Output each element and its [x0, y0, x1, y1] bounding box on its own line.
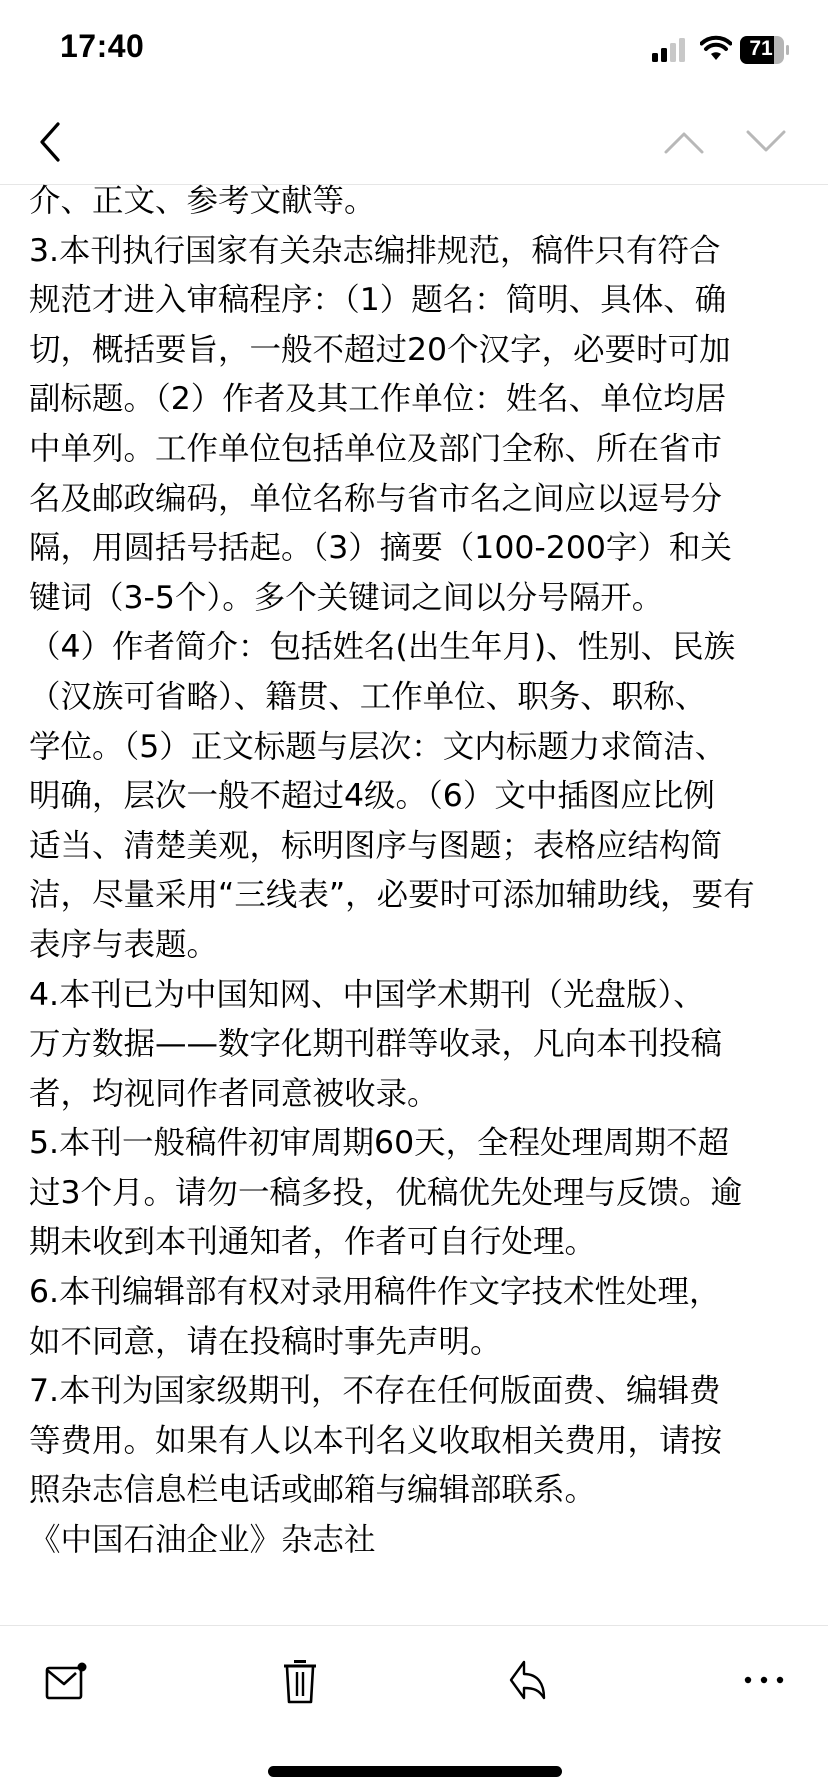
body-line: 隔，用圆括号括起。（3）摘要（100-200字）和关 — [29, 524, 809, 574]
reply-icon[interactable] — [508, 1658, 556, 1706]
body-line: 规范才进入审稿程序：（1）题名：简明、具体、确 — [29, 276, 809, 326]
body-line: 名及邮政编码，单位名称与省市名之间应以逗号分 — [29, 475, 809, 525]
home-indicator[interactable] — [268, 1766, 562, 1777]
bottom-toolbar — [0, 1625, 828, 1736]
body-line: 切，概括要旨，一般不超过20个汉字，必要时可加 — [29, 326, 809, 376]
chevron-left-icon[interactable] — [32, 120, 72, 164]
mark-unread-mail-icon[interactable] — [42, 1658, 90, 1706]
body-line: 如不同意，请在投稿时事先声明。 — [29, 1318, 809, 1368]
battery-percent: 71 — [743, 37, 779, 61]
body-line: 7.本刊为国家级期刊，不存在任何版面费、编辑费 — [29, 1367, 809, 1417]
status-bar: 17:40 71 — [0, 0, 828, 100]
body-line: 5.本刊一般稿件初审周期60天，全程处理周期不超 — [29, 1119, 809, 1169]
body-line: 照杂志信息栏电话或邮箱与编辑部联系。 — [29, 1466, 809, 1516]
status-time: 17:40 — [60, 28, 144, 65]
chevron-down-icon[interactable] — [744, 124, 788, 160]
body-line: 4.本刊已为中国知网、中国学术期刊（光盘版）、 — [29, 971, 809, 1021]
body-line: 期未收到本刊通知者，作者可自行处理。 — [29, 1218, 809, 1268]
body-line: （汉族可省略）、籍贯、工作单位、职务、职称、 — [29, 673, 809, 723]
body-line: 等费用。如果有人以本刊名义收取相关费用，请按 — [29, 1417, 809, 1467]
body-line: 介、正文、参考文献等。 — [29, 184, 809, 227]
body-line: 万方数据——数字化期刊群等收录，凡向本刊投稿 — [29, 1020, 809, 1070]
signature-line: 《中国石油企业》杂志社 — [29, 1516, 809, 1566]
body-line: 洁，尽量采用“三线表”，必要时可添加辅助线，要有 — [29, 871, 809, 921]
cellular-signal-icon — [652, 38, 688, 62]
message-body: 介、正文、参考文献等。 3.本刊执行国家有关杂志编排规范，稿件只有符合 规范才进… — [29, 184, 809, 1624]
body-line: 适当、清楚美观，标明图序与图题；表格应结构简 — [29, 822, 809, 872]
body-line: 副标题。（2）作者及其工作单位：姓名、单位均居 — [29, 375, 809, 425]
body-line: 者，均视同作者同意被收录。 — [29, 1070, 809, 1120]
body-line: 3.本刊执行国家有关杂志编排规范，稿件只有符合 — [29, 227, 809, 277]
chevron-up-icon[interactable] — [662, 124, 706, 160]
body-line: 学位。（5）正文标题与层次：文内标题力求简洁、 — [29, 723, 809, 773]
body-line: 键词（3-5个）。多个关键词之间以分号隔开。 — [29, 574, 809, 624]
body-line: 过3个月。请勿一稿多投，优稿优先处理与反馈。逾 — [29, 1169, 809, 1219]
battery-icon: 71 — [740, 36, 790, 64]
body-line: 6.本刊编辑部有权对录用稿件作文字技术性处理， — [29, 1268, 809, 1318]
body-line: 明确，层次一般不超过4级。（6）文中插图应比例 — [29, 772, 809, 822]
body-line: 中单列。工作单位包括单位及部门全称、所在省市 — [29, 425, 809, 475]
body-line: 表序与表题。 — [29, 921, 809, 971]
body-line: （4）作者简介：包括姓名(出生年月)、性别、民族 — [29, 623, 809, 673]
more-icon[interactable] — [740, 1658, 788, 1706]
navigation-bar — [0, 100, 828, 185]
trash-icon[interactable] — [276, 1658, 324, 1706]
wifi-icon — [700, 34, 732, 62]
